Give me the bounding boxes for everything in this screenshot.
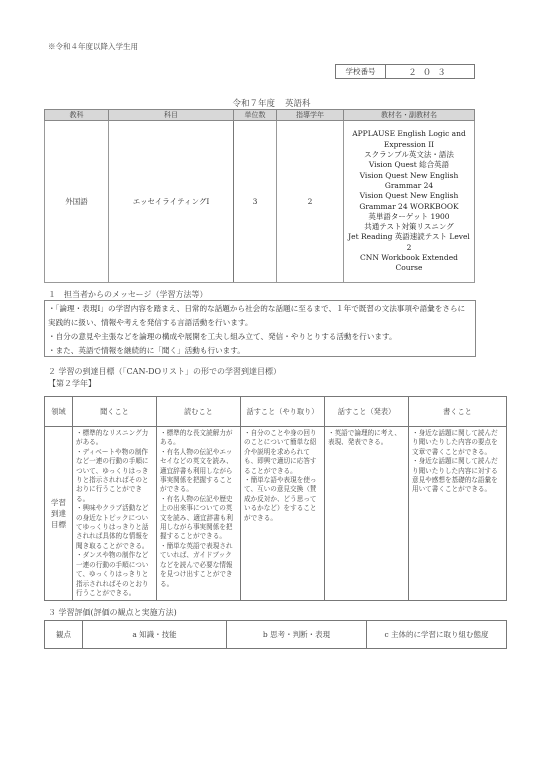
school-number-label: 学校番号	[336, 65, 386, 78]
subject-table-header: 教科 科目 単位数 指導学年 教材名・副教材名	[45, 110, 475, 121]
header-speaking-interaction: 話すこと（やり取り）	[241, 397, 325, 427]
message-line: ・自分の意見や主張などを論理の構成や展開を工夫し組み立て、発信・やりとりする活動…	[48, 330, 472, 344]
evaluation-table: 観点 a 知識・技能 b 思考・判断・表現 c 主体的に学習に取り組む態度	[44, 620, 507, 649]
course-cell: エッセイライティングⅠ	[109, 121, 234, 283]
speaking-interaction-goals: ・自分のことや身の回りのことについて簡単な紹介や説明を求められても、即興で適切に…	[241, 427, 325, 601]
subject-table: 教科 科目 単位数 指導学年 教材名・副教材名 外国語 エッセイライティングⅠ …	[44, 109, 475, 283]
material-item: 英単語ターゲット 1900	[348, 212, 470, 222]
section2-heading-block: ２ 学習の到達目標（「CAN-DOリスト」の形での学習到達目標） 【第２学年】	[48, 366, 281, 390]
message-line: ・また、英語で情報を継続的に「聞く」活動も行います。	[48, 344, 472, 358]
material-item: Jet Reading 英語速読テスト Level 2	[348, 232, 470, 253]
writing-goals: ・身近な話題に関して読んだり聞いたりした内容の要点を文章で書くことができる。 ・…	[409, 427, 507, 601]
table-row: 観点 a 知識・技能 b 思考・判断・表現 c 主体的に学習に取り組む態度	[45, 621, 507, 649]
section3-heading: ３ 学習評価(評価の観点と実施方法)	[48, 607, 177, 618]
header-credits: 単位数	[234, 110, 277, 121]
reading-goals: ・標準的な長文読解力がある。 ・有名人物の伝記やエッセイなどの英文を読み、適宜辞…	[157, 427, 241, 601]
header-subject-area: 教科	[45, 110, 109, 121]
header-writing: 書くこと	[409, 397, 507, 427]
subject-area-cell: 外国語	[45, 121, 109, 283]
page-title: 令和７年度英語科	[0, 97, 543, 109]
material-item: CNN Workbook Extended Course	[348, 253, 470, 274]
material-item: 共通テスト対策リスニング	[348, 222, 470, 232]
header-speaking-presentation: 話すこと（発表）	[325, 397, 409, 427]
viewpoint-c: c 主体的に学習に取り組む態度	[367, 621, 507, 649]
can-do-table: 領域 聞くこと 読むこと 話すこと（やり取り） 話すこと（発表） 書くこと 学習…	[44, 396, 507, 601]
viewpoint-label: 観点	[45, 621, 83, 649]
header-listening: 聞くこと	[73, 397, 157, 427]
title-year: 令和７年度	[232, 99, 275, 109]
material-item: Vision Quest New English Grammar 24 WORK…	[348, 191, 470, 212]
teacher-message-box: ・「論理・表現Ⅰ」の学習内容を踏まえ、日常的な話題から社会的な話題に至るまで、１…	[44, 300, 476, 357]
speaking-presentation-goals: ・英語で論理的に考え、表現、発表できる。	[325, 427, 409, 601]
row-label-goals: 学習到達目標	[45, 427, 73, 601]
header-materials: 教材名・副教材名	[344, 110, 475, 121]
section1-heading: １ 担当者からのメッセージ（学習方法等）	[48, 289, 208, 300]
grade-label: 【第２学年】	[48, 378, 281, 390]
enrollment-note: ※令和４年度以降入学生用	[48, 41, 138, 52]
viewpoint-a: a 知識・技能	[83, 621, 227, 649]
viewpoint-b: b 思考・判断・表現	[227, 621, 367, 649]
school-number-box: 学校番号 ２０３	[335, 64, 475, 79]
listening-goals: ・標準的なリスニング力がある。 ・ディベートや物の制作など一連の行動の手順につい…	[73, 427, 157, 601]
material-item: Vision Quest 総合英語	[348, 160, 470, 170]
section2-heading: ２ 学習の到達目標（「CAN-DOリスト」の形での学習到達目標）	[48, 366, 281, 378]
header-course: 科目	[109, 110, 234, 121]
credits-cell: 3	[234, 121, 277, 283]
table-row: 学習到達目標 ・標準的なリスニング力がある。 ・ディベートや物の制作など一連の行…	[45, 427, 507, 601]
header-reading: 読むこと	[157, 397, 241, 427]
message-line: ・「論理・表現Ⅰ」の学習内容を踏まえ、日常的な話題から社会的な話題に至るまで、１…	[48, 302, 472, 330]
title-department: 英語科	[285, 99, 311, 109]
material-item: Vision Quest New English Grammar 24	[348, 171, 470, 192]
header-grade: 指導学年	[277, 110, 344, 121]
header-area: 領域	[45, 397, 73, 427]
material-item: スクランブル英文法・語法	[348, 150, 470, 160]
materials-cell: APPLAUSE English Logic and Expression II…	[344, 121, 475, 283]
table-row: 外国語 エッセイライティングⅠ 3 2 APPLAUSE English Log…	[45, 121, 475, 283]
grade-cell: 2	[277, 121, 344, 283]
can-do-header: 領域 聞くこと 読むこと 話すこと（やり取り） 話すこと（発表） 書くこと	[45, 397, 507, 427]
school-number-value: ２０３	[386, 65, 474, 78]
material-item: APPLAUSE English Logic and Expression II	[348, 129, 470, 150]
